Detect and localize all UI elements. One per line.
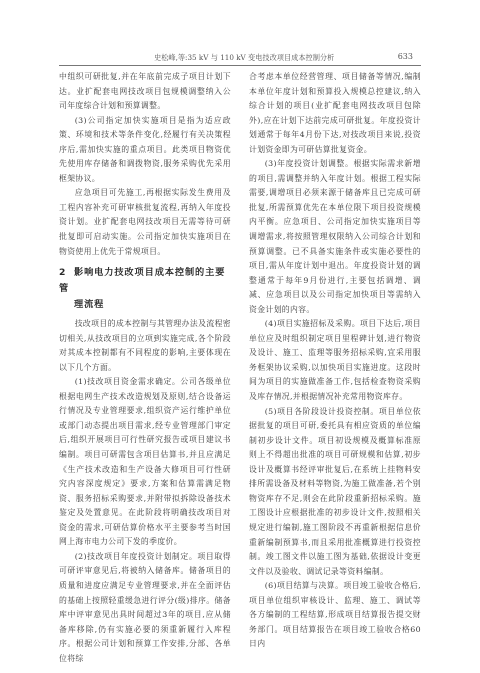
section-title-line2: 理流程 <box>59 299 104 310</box>
right-column: 合考虑本单位经营管理、项目储备等情况,编制本单位年度计划和预算投入规模总控建议,… <box>249 70 421 652</box>
paragraph: (2)技改项目年度投资计划制定。项目取得可研评审意见后,将被纳入储备库。储备项目… <box>59 550 231 666</box>
section-heading: 2影响电力技改项目成本控制的主要管 理流程 <box>59 265 231 313</box>
paragraph: 应急项目可先施工,再根据实际发生费用及工程内容补充可研审核批复流程,再纳入年度投… <box>59 186 231 259</box>
page-number: 633 <box>398 52 413 61</box>
paragraph: 合考虑本单位经营管理、项目储备等情况,编制本单位年度计划和预算投入规模总控建议,… <box>249 70 421 157</box>
section-title-line1: 影响电力技改项目成本控制的主要管 <box>59 267 225 294</box>
paragraph: (1)技改项目资金需求确定。公司各级单位根据电网生产技术改造规划及原则,结合设备… <box>59 375 231 550</box>
paragraph: (4)项目实施招标及采购。项目下达后,项目单位应及时组织制定项目里程碑计划,进行… <box>249 317 421 404</box>
paragraph: (3)年度投资计划调整。根据实际需求新增的项目,需调整并纳入年度计划。根据工程实… <box>249 157 421 317</box>
left-column: 中组织可研批复,并在年底前完成子项目计划下达。业扩配套电网技改项目包规模调整纳入… <box>59 70 231 666</box>
running-title: 史松峰,等:35 kV 与 110 kV 变电技改项目成本控制分析 <box>154 53 334 63</box>
section-number: 2 <box>59 265 74 281</box>
paragraph: (6)项目结算与决算。项目竣工验收合格后,项目单位组织审核设计、监理、施工、调试… <box>249 579 421 652</box>
running-head: 史松峰,等:35 kV 与 110 kV 变电技改项目成本控制分析 633 <box>59 51 421 64</box>
paragraph: (5)项目各阶段设计投资控制。项目单位依据批复的项目可研,委托具有相应资质的单位… <box>249 405 421 580</box>
paragraph: 中组织可研批复,并在年底前完成子项目计划下达。业扩配套电网技改项目包规模调整纳入… <box>59 70 231 114</box>
header-rule <box>59 65 421 66</box>
paragraph: (3)公司指定加快实施项目是指为适应政策、环境和技术等条件变化,经履行有关决策程… <box>59 114 231 187</box>
paragraph: 技改项目的成本控制与其管理办法及流程密切相关,从技改项目的立项到实施完成,各个阶… <box>59 317 231 375</box>
